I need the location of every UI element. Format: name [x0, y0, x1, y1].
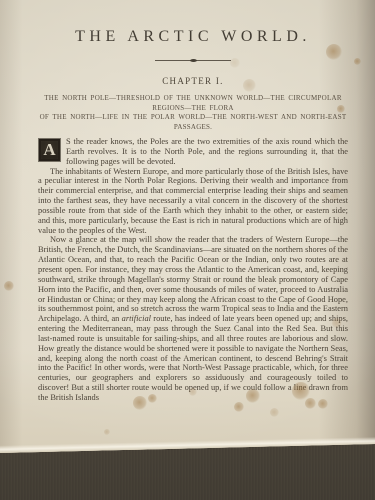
foxing-spot [330, 192, 340, 202]
foxing-spot [133, 396, 147, 410]
foxing-spot [332, 318, 342, 328]
chapter-heading: CHAPTER I. [38, 76, 348, 87]
paragraph-3-text: Now a glance at the map will show the re… [38, 235, 348, 323]
paragraph-2: The inhabitants of Western Europe, and m… [38, 167, 348, 236]
paragraph-1-text: S the reader knows, the Poles are the tw… [66, 137, 348, 166]
foxing-spot [354, 58, 361, 65]
foxing-spot [246, 389, 260, 403]
foxing-spot [270, 408, 279, 417]
foxing-spot [189, 388, 197, 396]
foxing-spot [337, 105, 345, 113]
paragraph-1: AS the reader knows, the Poles are the t… [38, 137, 348, 167]
book-page-photo: THE ARCTIC WORLD. CHAPTER I. THE NORTH P… [0, 0, 375, 500]
paragraph-3: Now a glance at the map will show the re… [38, 235, 348, 402]
body-text: AS the reader knows, the Poles are the t… [38, 137, 348, 403]
foxing-spot [292, 382, 310, 400]
book-page: THE ARCTIC WORLD. CHAPTER I. THE NORTH P… [0, 0, 375, 500]
chapter-subtitle-line-2: OF THE NORTH—LIFE IN THE POLAR WORLD—THE… [38, 113, 348, 132]
foxing-spot [148, 394, 157, 403]
foxing-spot [104, 429, 110, 435]
foxing-spot [230, 58, 240, 68]
title-divider-ornament [155, 59, 231, 62]
foxing-spot [4, 281, 14, 291]
foxing-spot [318, 399, 328, 409]
foxing-spot [234, 402, 244, 412]
foxing-spot [243, 79, 256, 92]
ornamental-dropcap: A [38, 138, 61, 162]
foxing-spot [326, 44, 342, 60]
chapter-subtitle-line-1: THE NORTH POLE—THRESHOLD OF THE UNKNOWN … [38, 94, 348, 113]
foxing-spot [305, 398, 316, 409]
page-content: THE ARCTIC WORLD. CHAPTER I. THE NORTH P… [0, 0, 375, 403]
paragraph-3-italic-word: artificial [122, 314, 151, 323]
book-title: THE ARCTIC WORLD. [38, 28, 348, 46]
